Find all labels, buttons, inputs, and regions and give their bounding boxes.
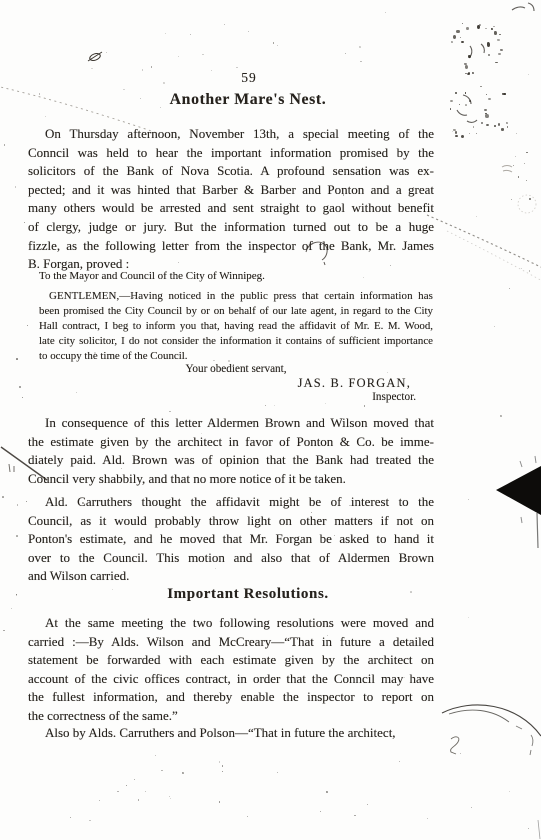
ink-speck (178, 56, 179, 57)
text-line: In consequence of this letter Aldermen B… (28, 414, 434, 433)
section-heading-another-mares-nest: Another Mare's Nest. (0, 91, 496, 109)
ink-speck (161, 770, 163, 771)
ink-speck (465, 65, 468, 69)
ink-speck (354, 815, 356, 816)
ink-speck (24, 222, 25, 223)
text-line: Council, as it would probably throw ligh… (28, 512, 434, 531)
ink-speck (529, 270, 530, 271)
ink-speck (236, 67, 237, 68)
text-line: of clergy, judge or jury. But the inform… (28, 218, 434, 237)
text-line: Also by Alds. Carruthers and Polson—“Tha… (28, 724, 434, 743)
ink-speck (468, 55, 471, 58)
ink-speck (451, 41, 452, 43)
text-line: Conncil was held to hear the important i… (28, 144, 434, 163)
ink-speck (461, 135, 464, 138)
ink-speck (473, 126, 475, 128)
ink-speck (170, 798, 172, 799)
ink-speck (484, 109, 487, 111)
ink-speck (487, 42, 490, 46)
ink-speck (46, 557, 48, 559)
text-line: the fullest information, and thereby ena… (28, 688, 434, 707)
ink-speck (16, 358, 17, 360)
ink-speck (19, 386, 21, 388)
text-line: over to the Council. This motion and als… (28, 549, 434, 568)
ink-speck (494, 326, 495, 327)
scan-artifact-arrow-ticks (520, 456, 536, 523)
ink-speck (455, 131, 457, 133)
ink-speck (468, 72, 470, 75)
text-line: many others would be arrested and sent s… (28, 199, 434, 218)
ink-speck (70, 817, 71, 818)
text-line: the correctness of the same.” (28, 707, 434, 726)
scan-artifact-dotted-crease-right-2 (447, 231, 541, 283)
ink-speck (516, 133, 517, 134)
text-line: solicitors of the Bank of Nova Scotia. A… (28, 162, 434, 181)
ink-speck (450, 100, 453, 102)
ink-speck (495, 62, 497, 64)
ink-speck (232, 293, 234, 294)
ink-speck (208, 558, 209, 559)
ink-speck (200, 171, 201, 172)
ink-speck (498, 53, 501, 55)
ink-speck (165, 33, 166, 34)
ink-speck (459, 104, 460, 105)
ink-speck (524, 163, 525, 164)
ink-speck (345, 53, 346, 54)
ink-speck (488, 98, 491, 100)
ink-speck (17, 504, 19, 506)
text-line: to occupy the time of the Council. (39, 349, 433, 364)
ink-speck (469, 133, 470, 134)
ink-speck (476, 216, 477, 217)
ink-speck (460, 37, 462, 38)
ink-speck (497, 39, 500, 41)
ink-speck (202, 421, 203, 422)
ink-speck (251, 421, 253, 423)
scan-artifact-grey-smudge (502, 166, 512, 173)
ink-speck (326, 791, 328, 793)
ink-speck (528, 828, 529, 829)
ink-speck (91, 68, 93, 69)
ink-speck (163, 82, 164, 83)
paragraph-consequence: In consequence of this letter Aldermen B… (28, 414, 434, 488)
paragraph-resolutions: At the same meeting the two following re… (28, 614, 434, 726)
ink-speck (202, 54, 204, 56)
ink-speck (45, 116, 46, 117)
ink-speck (521, 268, 523, 269)
ink-speck (277, 772, 278, 773)
ink-speck (460, 753, 461, 754)
ink-speck (117, 791, 119, 793)
text-line: On Thursday afternoon, November 13th, a … (28, 125, 434, 144)
ink-speck (83, 193, 84, 194)
ink-speck (529, 198, 531, 201)
ink-speck (485, 28, 487, 30)
ink-speck (121, 445, 123, 447)
ink-speck (320, 811, 322, 812)
ink-speck (364, 405, 366, 406)
scan-artifact-oval-mark (88, 52, 102, 62)
ink-speck (106, 52, 107, 53)
ink-speck (219, 761, 221, 763)
ink-speck (500, 49, 503, 51)
ink-speck (222, 771, 223, 772)
text-line: At the same meeting the two following re… (28, 614, 434, 633)
ink-speck (462, 23, 463, 24)
ink-speck (481, 122, 483, 124)
ink-speck (155, 755, 156, 756)
ink-speck (367, 804, 368, 805)
ink-speck (219, 801, 221, 803)
ink-speck (515, 156, 516, 158)
ink-speck (468, 499, 469, 500)
text-line: GENTLEMEN,—Having noticed in the public … (39, 289, 433, 304)
ink-speck (518, 176, 519, 178)
ink-speck (452, 131, 453, 132)
text-line: diately paid. Ald. Brown was of opinion … (28, 451, 434, 470)
ink-speck (427, 818, 428, 819)
scan-artifact-black-arrow (496, 466, 541, 515)
ink-speck (248, 31, 249, 32)
ink-speck (4, 144, 6, 146)
ink-speck (134, 779, 135, 780)
ink-speck (178, 262, 179, 263)
text-line: fizzle, as the following letter from the… (28, 237, 434, 256)
ink-speck (273, 42, 274, 43)
text-line: the estimate given by the architect in f… (28, 433, 434, 452)
opening-paragraph: On Thursday afternoon, November 13th, a … (28, 125, 434, 274)
ink-speck (27, 325, 28, 326)
scan-artifact-squiggle (451, 737, 459, 754)
ink-speck (190, 34, 191, 35)
ink-speck (182, 772, 184, 774)
ink-speck (265, 405, 266, 406)
scan-artifact-corner-hairline (538, 820, 540, 839)
scan-artifact-leaf-stroke (442, 705, 541, 755)
ink-speck (509, 791, 510, 792)
ink-speck (468, 617, 469, 618)
scanned-document-page: 59 Another Mare's Nest. On Thursday afte… (0, 0, 541, 840)
ink-speck (466, 27, 469, 30)
ink-speck (2, 496, 4, 498)
text-line: Ponton's estimate, and he moved that Mr.… (28, 530, 434, 549)
text-line: been promised the City Council by or on … (39, 304, 433, 319)
ink-speck (3, 630, 5, 631)
paragraph-also-by-alds: Also by Alds. Carruthers and Polson—“Tha… (28, 724, 434, 743)
ink-speck (16, 535, 17, 537)
ink-speck (277, 45, 278, 47)
scan-artifact-arrow-tail (537, 513, 538, 548)
text-line: carried :—By Alds. Wilson and McCreary—“… (28, 633, 434, 652)
ink-speck (465, 92, 467, 93)
ink-speck (485, 114, 488, 118)
text-line: Ald. Carruthers thought the affidavit mi… (28, 493, 434, 512)
ink-speck (469, 100, 471, 102)
text-line: Hall contract, I beg to inform you that,… (39, 319, 433, 334)
ink-speck (494, 125, 497, 127)
ink-speck (506, 122, 509, 124)
ink-speck (359, 46, 360, 47)
ink-speck (15, 186, 16, 187)
text-line: pected; and it was hinted that Barber & … (28, 181, 434, 200)
ink-speck (22, 397, 23, 398)
ink-speck (455, 135, 458, 137)
ink-speck (507, 126, 508, 127)
ink-speck (472, 72, 473, 74)
ink-speck (222, 765, 223, 767)
ink-speck (11, 608, 12, 609)
scan-artifact-left-margin-ticks (9, 464, 14, 472)
ink-speck (385, 12, 386, 13)
letter-signature-title: Inspector. (39, 391, 416, 403)
letter-body: GENTLEMEN,—Having noticed in the public … (39, 289, 433, 364)
scan-artifact-dotted-crease-right (427, 215, 541, 270)
ink-speck (123, 89, 125, 90)
ink-speck (224, 24, 225, 26)
ink-speck (461, 41, 464, 44)
ink-speck (486, 94, 487, 95)
text-line: Council very shabbily, and that no more … (28, 470, 434, 489)
section-heading-important-resolutions: Important Resolutions. (0, 586, 496, 603)
ink-speck (491, 28, 493, 30)
ink-speck (528, 74, 529, 75)
ink-speck (498, 123, 500, 126)
text-line: statement be forwarded with each estimat… (28, 651, 434, 670)
ink-speck (89, 820, 91, 821)
ink-speck (493, 26, 496, 28)
paragraph-carruthers: Ald. Carruthers thought the affidavit mi… (28, 493, 434, 586)
ink-speck (502, 93, 506, 96)
ink-speck (247, 816, 248, 817)
text-line: and Wilson carried. (28, 567, 434, 586)
ink-speck (509, 288, 510, 289)
ink-speck (410, 591, 412, 593)
scan-artifact-circle-smudge (518, 195, 536, 213)
page-number: 59 (0, 70, 498, 86)
ink-speck (453, 35, 456, 39)
ink-speck (501, 128, 504, 130)
ink-speck (513, 165, 514, 166)
ink-speck (399, 761, 400, 762)
ink-speck (360, 61, 361, 62)
text-line: late city solicitor, I do not consider t… (39, 334, 433, 349)
ink-speck (450, 108, 452, 110)
ink-speck (215, 568, 216, 569)
ink-speck (86, 314, 87, 315)
ink-speck (274, 405, 276, 406)
ink-speck (138, 799, 139, 801)
ink-speck (99, 800, 100, 801)
ink-speck (325, 403, 326, 404)
letter-closing: Your obedient servant, (39, 363, 433, 375)
ink-speck (169, 411, 171, 412)
ink-speck (471, 807, 473, 808)
ink-speck (494, 31, 497, 35)
ink-speck (476, 133, 478, 134)
letter-signature: JAS. B. FORGAN, (39, 376, 411, 391)
ink-speck (169, 796, 170, 797)
ink-speck (151, 66, 153, 68)
ink-speck (499, 34, 500, 36)
letter-salutation: To the Mayor and Council of the City of … (39, 270, 432, 282)
ink-speck (456, 30, 459, 33)
ink-speck (126, 785, 127, 786)
ink-speck (500, 415, 502, 417)
ink-speck (76, 392, 77, 393)
ink-speck (94, 352, 95, 354)
ink-speck (145, 791, 146, 792)
ink-speck (511, 199, 512, 200)
text-line: account of the civic offices contract, i… (28, 670, 434, 689)
ink-speck (526, 180, 527, 181)
ink-speck (488, 54, 490, 56)
ink-speck (526, 152, 527, 153)
ink-speck (486, 124, 489, 127)
